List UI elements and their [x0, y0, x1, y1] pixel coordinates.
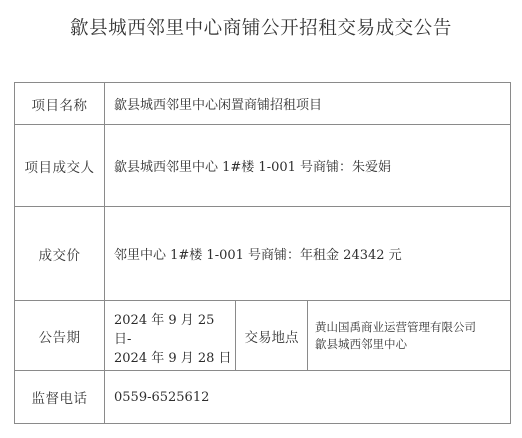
place-line-2: 歙县城西邻里中心 [315, 336, 407, 353]
price-value: 邻里中心 1#楼 1-001 号商铺：年租金 24342 元 [105, 207, 510, 300]
price-label: 成交价 [15, 207, 105, 300]
place-label: 交易地点 [236, 301, 308, 370]
row-period: 公告期 2024 年 9 月 25 日- 2024 年 9 月 28 日 交易地… [15, 301, 510, 371]
period-start: 2024 年 9 月 25 日- [114, 309, 235, 347]
place-value: 黄山国禹商业运营管理有限公司 歙县城西邻里中心 [308, 301, 510, 370]
phone-value: 0559-6525612 [105, 371, 510, 423]
row-project-name: 项目名称 歙县城西邻里中心闲置商铺招租项目 [15, 83, 510, 125]
project-name-value: 歙县城西邻里中心闲置商铺招租项目 [105, 83, 510, 124]
period-dates: 2024 年 9 月 25 日- 2024 年 9 月 28 日 [105, 301, 236, 370]
period-end: 2024 年 9 月 28 日 [114, 347, 232, 366]
document-title: 歙县城西邻里中心商铺公开招租交易成交公告 [0, 14, 522, 40]
project-name-label: 项目名称 [15, 83, 105, 124]
phone-label: 监督电话 [15, 371, 105, 423]
row-winner: 项目成交人 歙县城西邻里中心 1#楼 1-001 号商铺：朱爱娟 [15, 125, 510, 207]
winner-label: 项目成交人 [15, 125, 105, 206]
winner-value: 歙县城西邻里中心 1#楼 1-001 号商铺：朱爱娟 [105, 125, 510, 206]
place-line-1: 黄山国禹商业运营管理有限公司 [315, 319, 476, 336]
row-phone: 监督电话 0559-6525612 [15, 371, 510, 423]
announcement-table: 项目名称 歙县城西邻里中心闲置商铺招租项目 项目成交人 歙县城西邻里中心 1#楼… [14, 82, 511, 424]
row-price: 成交价 邻里中心 1#楼 1-001 号商铺：年租金 24342 元 [15, 207, 510, 301]
period-label: 公告期 [15, 301, 105, 370]
